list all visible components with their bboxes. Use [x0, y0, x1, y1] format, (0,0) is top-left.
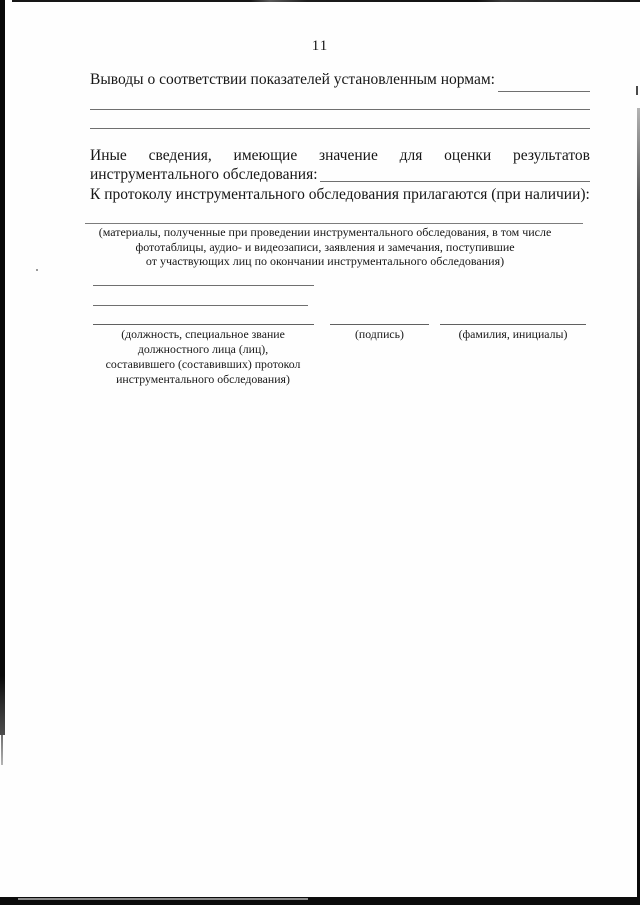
signature-line [330, 309, 429, 325]
scan-edge-top [12, 0, 640, 2]
conclusions-fill-line-1 [90, 94, 590, 110]
conclusions-label: Выводы о соответствии показателей устано… [90, 71, 495, 88]
document-page: 11 Выводы о соответствии показателей уст… [0, 0, 640, 905]
attachments-statement: К протоколу инструментального обследован… [90, 185, 590, 205]
scan-edge-bottom-strip [18, 898, 308, 900]
official-caption-line4: инструментального обследования) [83, 372, 323, 387]
attachments-caption-line1: (материалы, полученные при проведении ин… [70, 225, 580, 240]
official-caption-line2: должностного лица (лиц), [83, 342, 323, 357]
other-info-fill-line [320, 181, 590, 182]
official-caption: (должность, специальное звание должностн… [83, 327, 323, 387]
scan-edge-right-tick [636, 86, 638, 95]
page-number: 11 [0, 38, 640, 55]
attachments-separator-line [85, 208, 583, 224]
other-info-label-row: инструментального обследования: [90, 165, 590, 185]
scan-edge-left [0, 0, 5, 735]
official-caption-line1: (должность, специальное звание [83, 327, 323, 342]
attachments-caption: (материалы, полученные при проведении ин… [70, 225, 580, 269]
scan-speck [36, 269, 38, 271]
official-signature-line [93, 309, 314, 325]
official-caption-line3: составившего (составивших) протокол [83, 357, 323, 372]
scan-edge-left-tail [1, 735, 3, 765]
attachments-caption-line2: фототаблицы, аудио- и видеозаписи, заявл… [70, 240, 580, 255]
attachments-fill-line-2 [93, 290, 308, 306]
conclusions-fill-line-2 [90, 113, 590, 129]
other-info-line: Иные сведения, имеющие значение для оцен… [90, 146, 590, 166]
attachments-caption-line3: от участвующих лиц по окончании инструме… [70, 254, 580, 269]
conclusions-fill-line-short [498, 76, 590, 92]
name-caption: (фамилия, инициалы) [433, 327, 593, 342]
other-info-label: инструментального обследования: [90, 165, 318, 185]
signature-caption: (подпись) [330, 327, 429, 342]
attachments-fill-line-1 [93, 270, 314, 286]
name-line [440, 309, 586, 325]
